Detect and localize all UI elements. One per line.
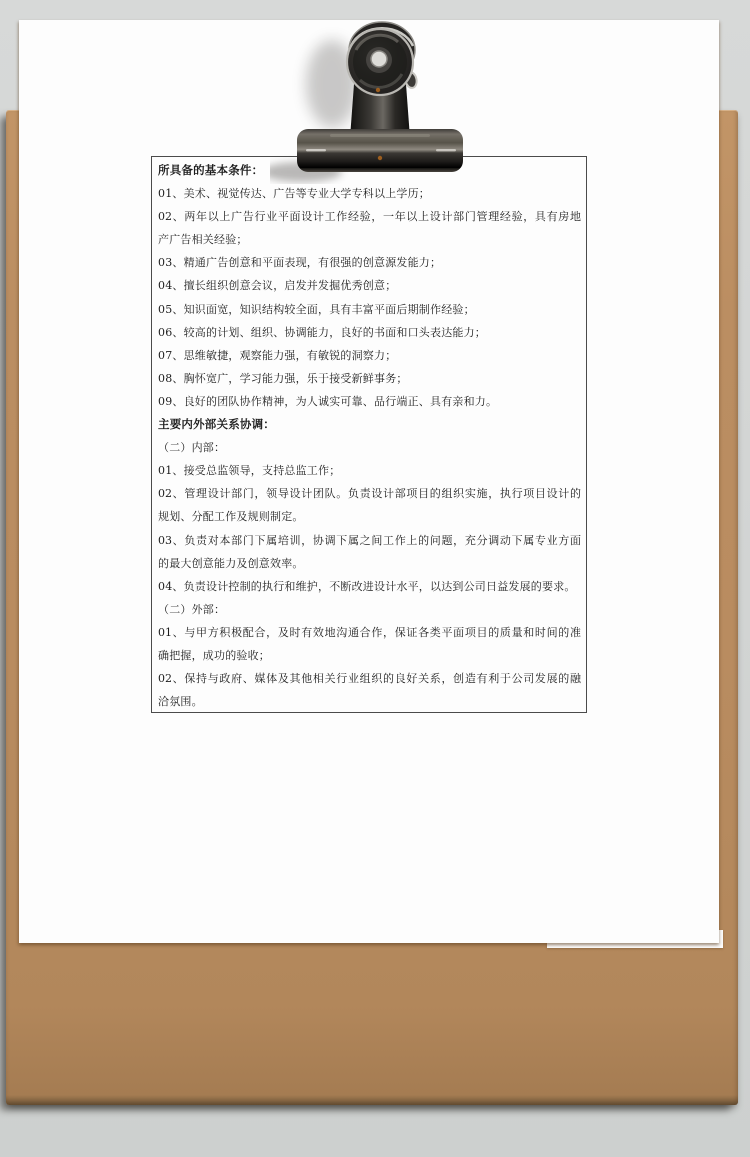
text-line: 02、保持与政府、媒体及其他相关行业组织的良好关系，创造有利于公司发展的融 [158,667,581,690]
text-line: 05、知识面宽，知识结构较全面，具有丰富平面后期制作经验； [158,298,581,321]
text-line: 的最大创意能力及创意效率。 [158,552,581,575]
text-line: 洽氛围。 [158,690,581,713]
clip-knob-hole [371,51,387,67]
text-line: 01、接受总监领导，支持总监工作； [158,459,581,482]
section-heading: 主要内外部关系协调： [158,413,581,436]
text-line: 03、精通广告创意和平面表现，有很强的创意源发能力； [158,251,581,274]
text-line: （二）外部： [158,598,581,621]
text-line: 产广告相关经验； [158,228,581,251]
text-line: 08、胸怀宽广，学习能力强，乐于接受新鲜事务； [158,367,581,390]
text-line: 07、思维敏捷，观察能力强，有敏锐的洞察力； [158,344,581,367]
text-line: 09、良好的团队协作精神，为人诚实可靠、品行端正、具有亲和力。 [158,390,581,413]
binder-clip-icon [270,6,490,184]
text-line: 01、美术、视觉传达、广告等专业大学专科以上学历； [158,182,581,205]
text-line: 02、管理设计部门，领导设计团队。负责设计部项目的组织实施，执行项目设计的 [158,482,581,505]
text-lines-container: 所具备的基本条件：01、美术、视觉传达、广告等专业大学专科以上学历；02、两年以… [158,159,581,713]
text-line: 04、擅长组织创意会议，启发并发掘优秀创意； [158,274,581,297]
text-line: 02、两年以上广告行业平面设计工作经验，一年以上设计部门管理经验，具有房地 [158,205,581,228]
text-line: 06、较高的计划、组织、协调能力，良好的书面和口头表达能力； [158,321,581,344]
text-box: 所具备的基本条件：01、美术、视觉传达、广告等专业大学专科以上学历；02、两年以… [151,156,587,713]
text-line: （二）内部： [158,436,581,459]
text-line: 03、负责对本部门下属培训，协调下属之间工作上的问题，充分调动下属专业方面 [158,529,581,552]
text-line: 确把握，成功的验收； [158,644,581,667]
text-line: 04、负责设计控制的执行和维护，不断改进设计水平，以达到公司日益发展的要求。 [158,575,581,598]
text-line: 规划、分配工作及规则制定。 [158,505,581,528]
text-line: 01、与甲方积极配合，及时有效地沟通合作，保证各类平面项目的质量和时间的准 [158,621,581,644]
photo-scene: { "scene": { "background_color": "#d3d5d… [0,0,750,1157]
